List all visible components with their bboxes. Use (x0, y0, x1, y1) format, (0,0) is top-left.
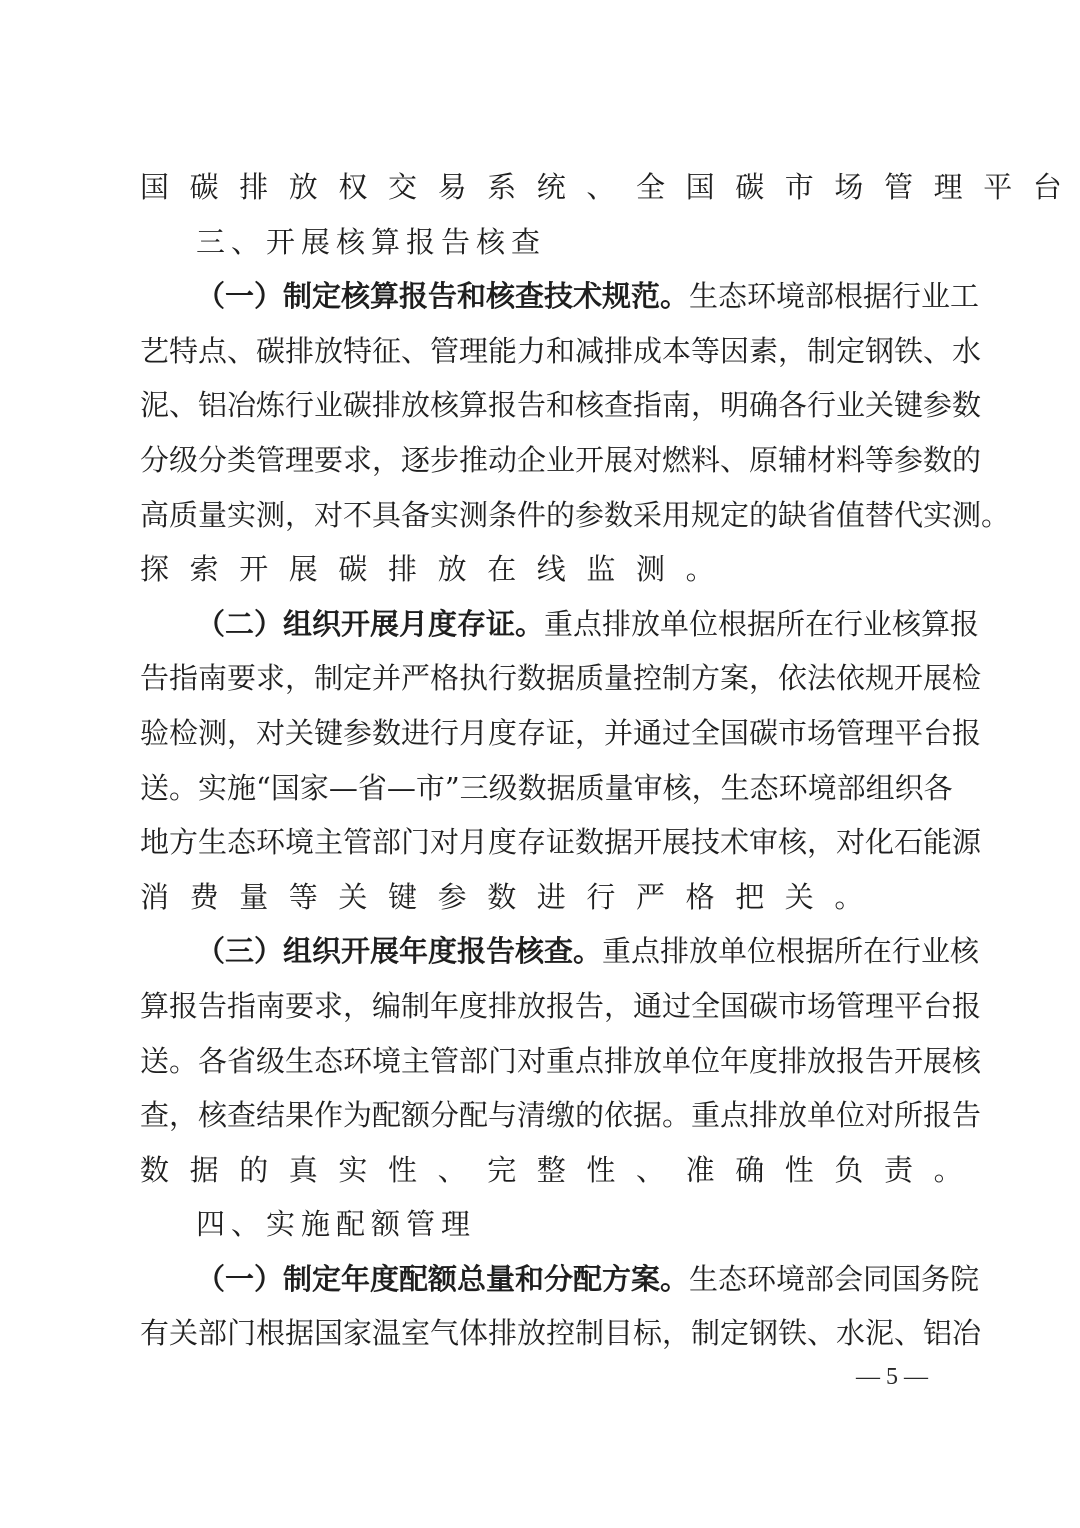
line-text: 地方生态环境主管部门对月度存证数据开展技术审核，对化石能源 (140, 825, 981, 859)
line-text: 艺特点、碳排放特征、管理能力和减排成本等因素，制定钢铁、水 (140, 334, 981, 368)
line-text: 有关部门根据国家温室气体排放控制目标，制定钢铁、水泥、铝冶 (140, 1316, 981, 1350)
body-line: 分级分类管理要求，逐步推动企业开展对燃料、原辅材料等参数的 (140, 433, 942, 488)
line-text: 国碳排放权交易系统、全国碳市场管理平台开户。 (140, 170, 1080, 204)
page-number: — 5 — (842, 1360, 942, 1394)
line-text: 消费量等关键参数进行严格把关。 (140, 880, 884, 914)
line-text: 重点排放单位根据所在行业核算报 (544, 607, 979, 641)
body-line: 送。各省级生态环境主管部门对重点排放单位年度排放报告开展核 (140, 1034, 942, 1089)
line-text: 送。各省级生态环境主管部门对重点排放单位年度排放报告开展核 (140, 1044, 981, 1078)
body-line: 算报告指南要求，编制年度排放报告，通过全国碳市场管理平台报 (140, 979, 942, 1034)
subsection-para-3-1-line: （一）制定核算报告和核查技术规范。生态环境部根据行业工 (140, 269, 942, 324)
body-line: 高质量实测，对不具备实测条件的参数采用规定的缺省值替代实测。 (140, 488, 942, 543)
body-line: 泥、铝冶炼行业碳排放核算报告和核查指南，明确各行业关键参数 (140, 378, 942, 433)
line-text: 送。实施“国家—省—市”三级数据质量审核，生态环境部组织各 (140, 771, 953, 805)
subsection-title: （一）制定核算报告和核查技术规范。 (196, 279, 689, 313)
line-text: 查，核查结果作为配额分配与清缴的依据。重点排放单位对所报告 (140, 1098, 981, 1132)
section-heading-4: 四、实施配额管理 (140, 1197, 942, 1252)
line-text: 生态环境部会同国务院 (689, 1262, 979, 1296)
line-text: 数据的真实性、完整性、准确性负责。 (140, 1153, 983, 1187)
line-text: 高质量实测，对不具备实测条件的参数采用规定的缺省值替代实测。 (140, 498, 1010, 532)
subsection-para-3-3-line: （三）组织开展年度报告核查。重点排放单位根据所在行业核 (140, 924, 942, 979)
line-text: 算报告指南要求，编制年度排放报告，通过全国碳市场管理平台报 (140, 989, 981, 1023)
body-line: 艺特点、碳排放特征、管理能力和减排成本等因素，制定钢铁、水 (140, 324, 942, 379)
line-text: 重点排放单位根据所在行业核 (602, 934, 979, 968)
body-line: 送。实施“国家—省—市”三级数据质量审核，生态环境部组织各 (140, 761, 942, 816)
document-page: 国碳排放权交易系统、全国碳市场管理平台开户。 三、开展核算报告核查 （一）制定核… (140, 160, 942, 1361)
body-line: 国碳排放权交易系统、全国碳市场管理平台开户。 (140, 160, 942, 215)
subsection-para-4-1-line: （一）制定年度配额总量和分配方案。生态环境部会同国务院 (140, 1252, 942, 1307)
body-line: 探索开展碳排放在线监测。 (140, 542, 942, 597)
body-line: 告指南要求，制定并严格执行数据质量控制方案，依法依规开展检 (140, 651, 942, 706)
body-line: 数据的真实性、完整性、准确性负责。 (140, 1143, 942, 1198)
subsection-para-3-2-line: （二）组织开展月度存证。重点排放单位根据所在行业核算报 (140, 597, 942, 652)
line-text: 探索开展碳排放在线监测。 (140, 552, 735, 586)
line-text: 生态环境部根据行业工 (689, 279, 979, 313)
section-heading-3: 三、开展核算报告核查 (140, 215, 942, 270)
body-line: 查，核查结果作为配额分配与清缴的依据。重点排放单位对所报告 (140, 1088, 942, 1143)
body-line: 验检测，对关键参数进行月度存证，并通过全国碳市场管理平台报 (140, 706, 942, 761)
body-line: 有关部门根据国家温室气体排放控制目标，制定钢铁、水泥、铝冶 (140, 1306, 942, 1361)
body-line: 地方生态环境主管部门对月度存证数据开展技术审核，对化石能源 (140, 815, 942, 870)
line-text: 告指南要求，制定并严格执行数据质量控制方案，依法依规开展检 (140, 661, 981, 695)
heading-text: 三、开展核算报告核查 (196, 225, 546, 259)
line-text: 验检测，对关键参数进行月度存证，并通过全国碳市场管理平台报 (140, 716, 981, 750)
subsection-title: （一）制定年度配额总量和分配方案。 (196, 1262, 689, 1296)
line-text: 泥、铝冶炼行业碳排放核算报告和核查指南，明确各行业关键参数 (140, 388, 981, 422)
subsection-title: （三）组织开展年度报告核查。 (196, 934, 602, 968)
body-line: 消费量等关键参数进行严格把关。 (140, 870, 942, 925)
heading-text: 四、实施配额管理 (196, 1207, 476, 1241)
subsection-title: （二）组织开展月度存证。 (196, 607, 544, 641)
line-text: 分级分类管理要求，逐步推动企业开展对燃料、原辅材料等参数的 (140, 443, 981, 477)
